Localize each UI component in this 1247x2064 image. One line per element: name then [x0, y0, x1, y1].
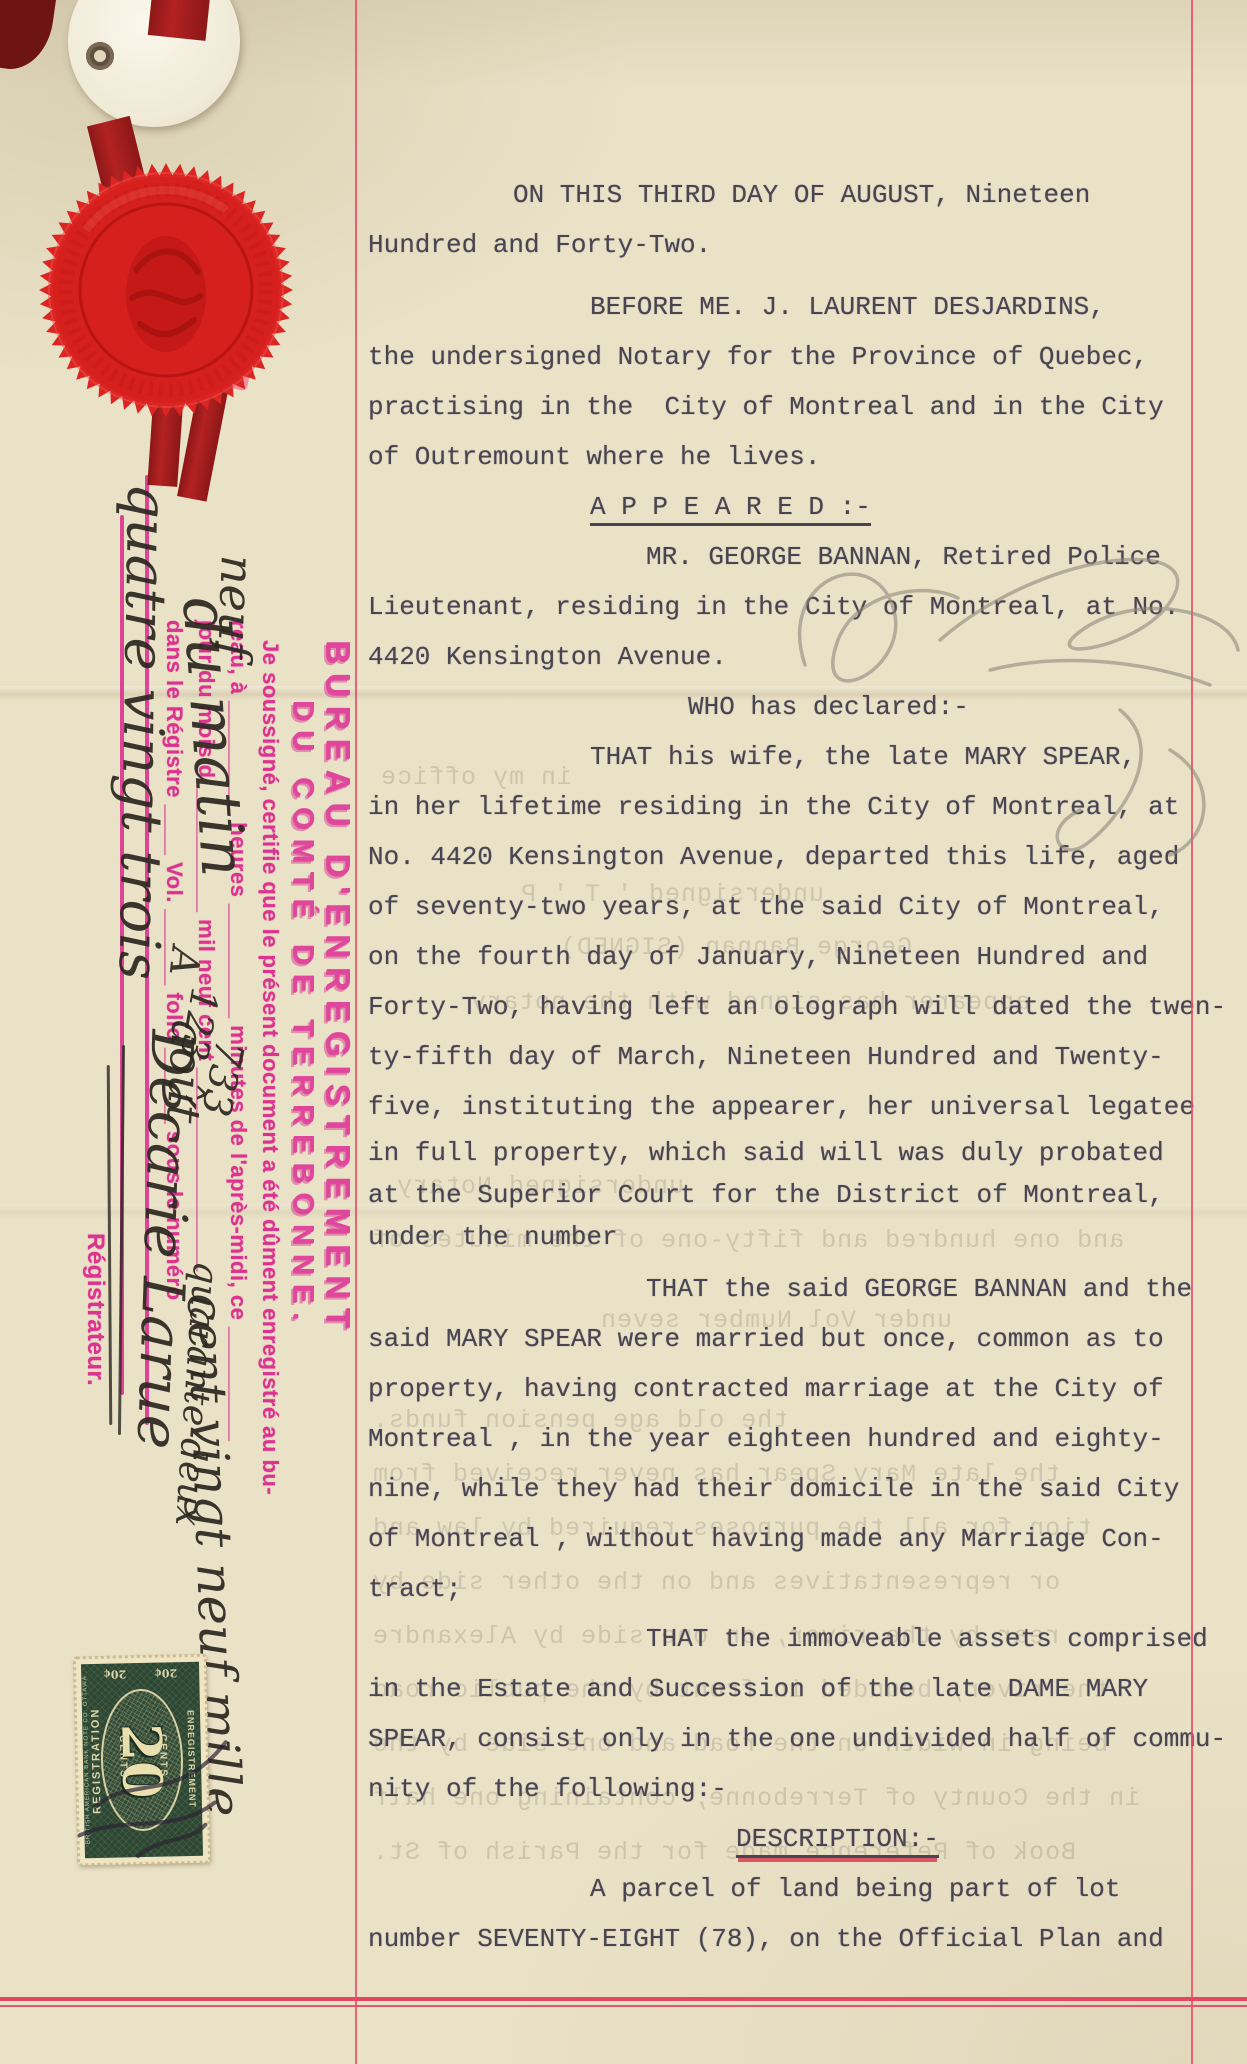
- deed-line: THAT the said GEORGE BANNAN and the: [368, 1264, 1200, 1314]
- deed-heading: DESCRIPTION:-: [736, 1824, 939, 1858]
- right-margin-line: [1191, 0, 1193, 2064]
- deed-line: Montreal , in the year eighteen hundred …: [368, 1414, 1200, 1464]
- pencil-signature: [690, 500, 1247, 900]
- deed-line: the undersigned Notary for the Province …: [368, 332, 1200, 382]
- deed-line: nity of the following:-: [368, 1764, 1200, 1814]
- registration-stamp-body-line: Je soussigné, certifie que le présent do…: [257, 640, 283, 1495]
- deed-line: said MARY SPEAR were married but once, c…: [368, 1314, 1200, 1364]
- deed-line: nine, while they had their domicile in t…: [368, 1464, 1200, 1514]
- typed-text: ON THIS THIRD DAY OF AUGUST, NineteenHun…: [368, 170, 1200, 1964]
- deed-line: tract;: [368, 1564, 1200, 1614]
- deed-line: in full property, which said will was du…: [368, 1132, 1200, 1174]
- deed-line: BEFORE ME. J. LAURENT DESJARDINS,: [368, 282, 1200, 332]
- revenue-stamp: BRITISH AMERICAN BANK NOTE CO. OTTAWA RE…: [74, 1655, 210, 1866]
- deed-line: number SEVENTY-EIGHT (78), on the Offici…: [368, 1914, 1200, 1964]
- deed-line: THAT the immoveable assets comprised: [368, 1614, 1200, 1664]
- deed-line: ty-fifth day of March, Nineteen Hundred …: [368, 1032, 1200, 1082]
- deed-line: Forty-Two, having left an olograph will …: [368, 982, 1200, 1032]
- deed-line: under the number: [368, 1216, 1200, 1258]
- deed-line: SPEAR, consist only in the one undivided…: [368, 1714, 1200, 1764]
- deed-line: five, instituting the appearer, her univ…: [368, 1082, 1200, 1132]
- corner-seal-fragment: [0, 0, 58, 74]
- bottom-rule-line: [0, 1997, 1247, 2001]
- deed-line: property, having contracted marriage at …: [368, 1364, 1200, 1414]
- registration-stamp-title: BUREAU D'ENREGISTREMENT: [319, 640, 357, 1337]
- deed-line: practising in the City of Montreal and i…: [368, 382, 1200, 432]
- deed-line: Hundred and Forty-Two.: [368, 220, 1200, 270]
- cancellation-mark: [74, 1655, 210, 1866]
- deed-line: at the Superior Court for the District o…: [368, 1174, 1200, 1216]
- scanned-deed-page: in my officeundersigned ' T ' PGeorge Ba…: [0, 0, 1247, 2064]
- registration-stamp-title2: DU COMTÉ DE TERREBONNE.: [286, 700, 319, 1329]
- grommet-eyelet: [86, 42, 114, 70]
- deed-line: in the Estate and Succession of the late…: [368, 1664, 1200, 1714]
- deed-line: ON THIS THIRD DAY OF AUGUST, Nineteen: [368, 170, 1200, 220]
- stamp-handwriting: quatre vingt trois: [106, 482, 180, 980]
- deed-line: A parcel of land being part of lot: [368, 1864, 1200, 1914]
- deed-line: DESCRIPTION:-: [368, 1814, 1200, 1864]
- notarial-seal: [36, 160, 296, 420]
- deed-line: on the fourth day of January, Nineteen H…: [368, 932, 1200, 982]
- ribbon-top: [148, 0, 210, 41]
- bottom-rule-line: [0, 2005, 1247, 2007]
- registrar-label: Régistrateur.: [81, 1233, 109, 1386]
- deed-line: of Montreal , without having made any Ma…: [368, 1514, 1200, 1564]
- deed-line: of Outremount where he lives.: [368, 432, 1200, 482]
